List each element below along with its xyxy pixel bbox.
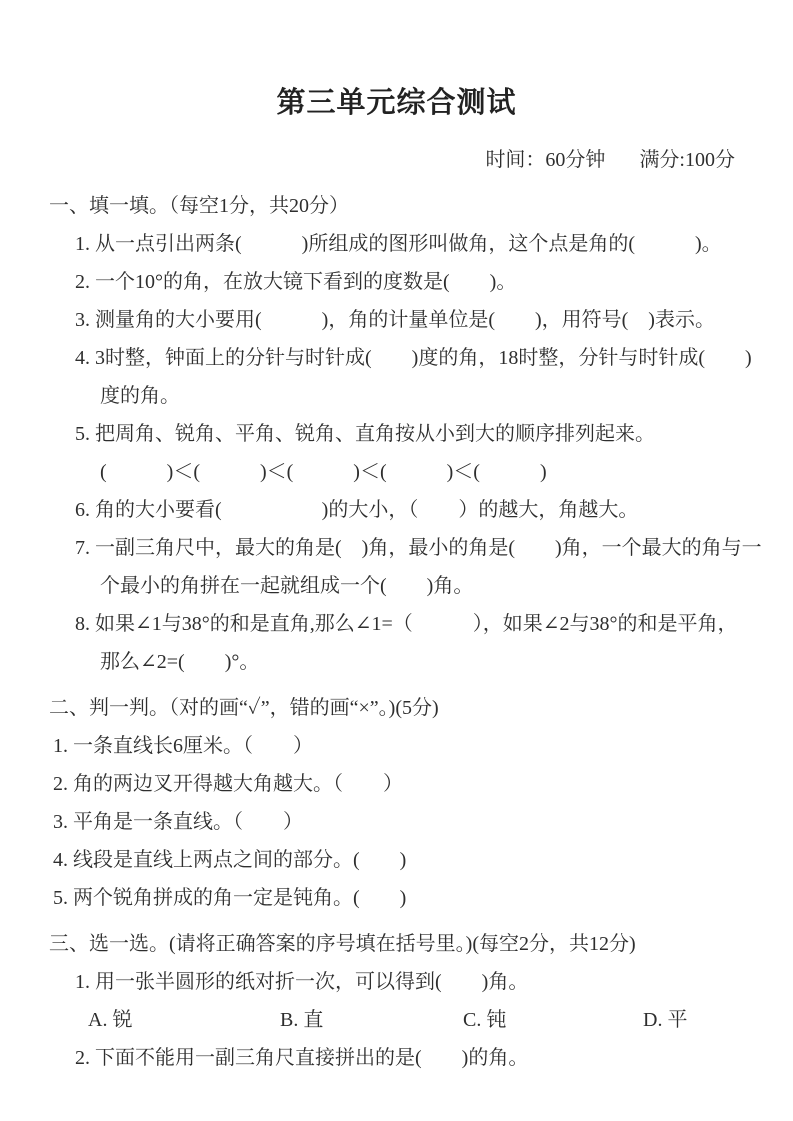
test-paper-page: 第三单元综合测试 时间：60分钟 满分:100分 一、填一填。（每空1分，共20…: [0, 0, 793, 1121]
choice-q1-option-a: A. 锐: [88, 1008, 280, 1032]
fill-q2: 2. 一个10°的角，在放大镜下看到的度数是( )。: [0, 270, 793, 294]
section-judge-heading: 二、判一判。（对的画“✓”，错的画“×”。)(5分): [0, 696, 793, 720]
choice-q2: 2. 下面不能用一副三角尺直接拼出的是( )的角。: [0, 1046, 793, 1070]
page-title: 第三单元综合测试: [0, 0, 793, 122]
choice-q1-options-row: A. 锐 B. 直 C. 钝 D. 平: [0, 1008, 793, 1032]
judge-q5: 5. 两个锐角拼成的角一定是钝角。( ): [0, 886, 793, 910]
judge-q3: 3. 平角是一条直线。（ ）: [0, 810, 793, 834]
exam-meta: 时间：60分钟 满分:100分: [0, 148, 793, 172]
exam-full-score: 满分:100分: [639, 148, 735, 172]
fill-q6: 6. 角的大小要看( )的大小，（ ）的越大，角越大。: [0, 498, 793, 522]
fill-q1: 1. 从一点引出两条( )所组成的图形叫做角，这个点是角的( )。: [0, 232, 793, 256]
judge-q1: 1. 一条直线长6厘米。（ ）: [0, 734, 793, 758]
exam-time: 时间：60分钟: [485, 148, 605, 172]
fill-q8-line2: 那么∠2=( )°。: [0, 650, 793, 674]
section-fill-heading: 一、填一填。（每空1分，共20分）: [0, 194, 793, 218]
fill-q8-line1: 8. 如果∠1与38°的和是直角,那么∠1=（ ），如果∠2与38°的和是平角，: [0, 612, 793, 636]
fill-q4-line1: 4. 3时整，钟面上的分针与时针成( )度的角，18时整，分针与时针成( ): [0, 346, 793, 370]
fill-q7-line2: 个最小的角拼在一起就组成一个( )角。: [0, 574, 793, 598]
judge-q2: 2. 角的两边叉开得越大角越大。（ ）: [0, 772, 793, 796]
choice-q1: 1. 用一张半圆形的纸对折一次，可以得到( )角。: [0, 970, 793, 994]
fill-q7-line1: 7. 一副三角尺中，最大的角是( )角，最小的角是( )角，一个最大的角与一: [0, 536, 793, 560]
choice-q1-option-b: B. 直: [280, 1008, 463, 1032]
fill-q4-line2: 度的角。: [0, 384, 793, 408]
section-choice-heading: 三、选一选。(请将正确答案的序号填在括号里。)(每空2分，共12分): [0, 932, 793, 956]
choice-q1-option-d: D. 平: [643, 1008, 793, 1032]
choice-q1-option-c: C. 钝: [463, 1008, 643, 1032]
judge-q4: 4. 线段是直线上两点之间的部分。( ): [0, 848, 793, 872]
fill-q5-blanks: ( )＜( )＜( )＜( )＜( ): [0, 460, 793, 484]
fill-q5-line1: 5. 把周角、锐角、平角、锐角、直角按从小到大的顺序排列起来。: [0, 422, 793, 446]
fill-q3: 3. 测量角的大小要用( )，角的计量单位是( )，用符号( )表示。: [0, 308, 793, 332]
